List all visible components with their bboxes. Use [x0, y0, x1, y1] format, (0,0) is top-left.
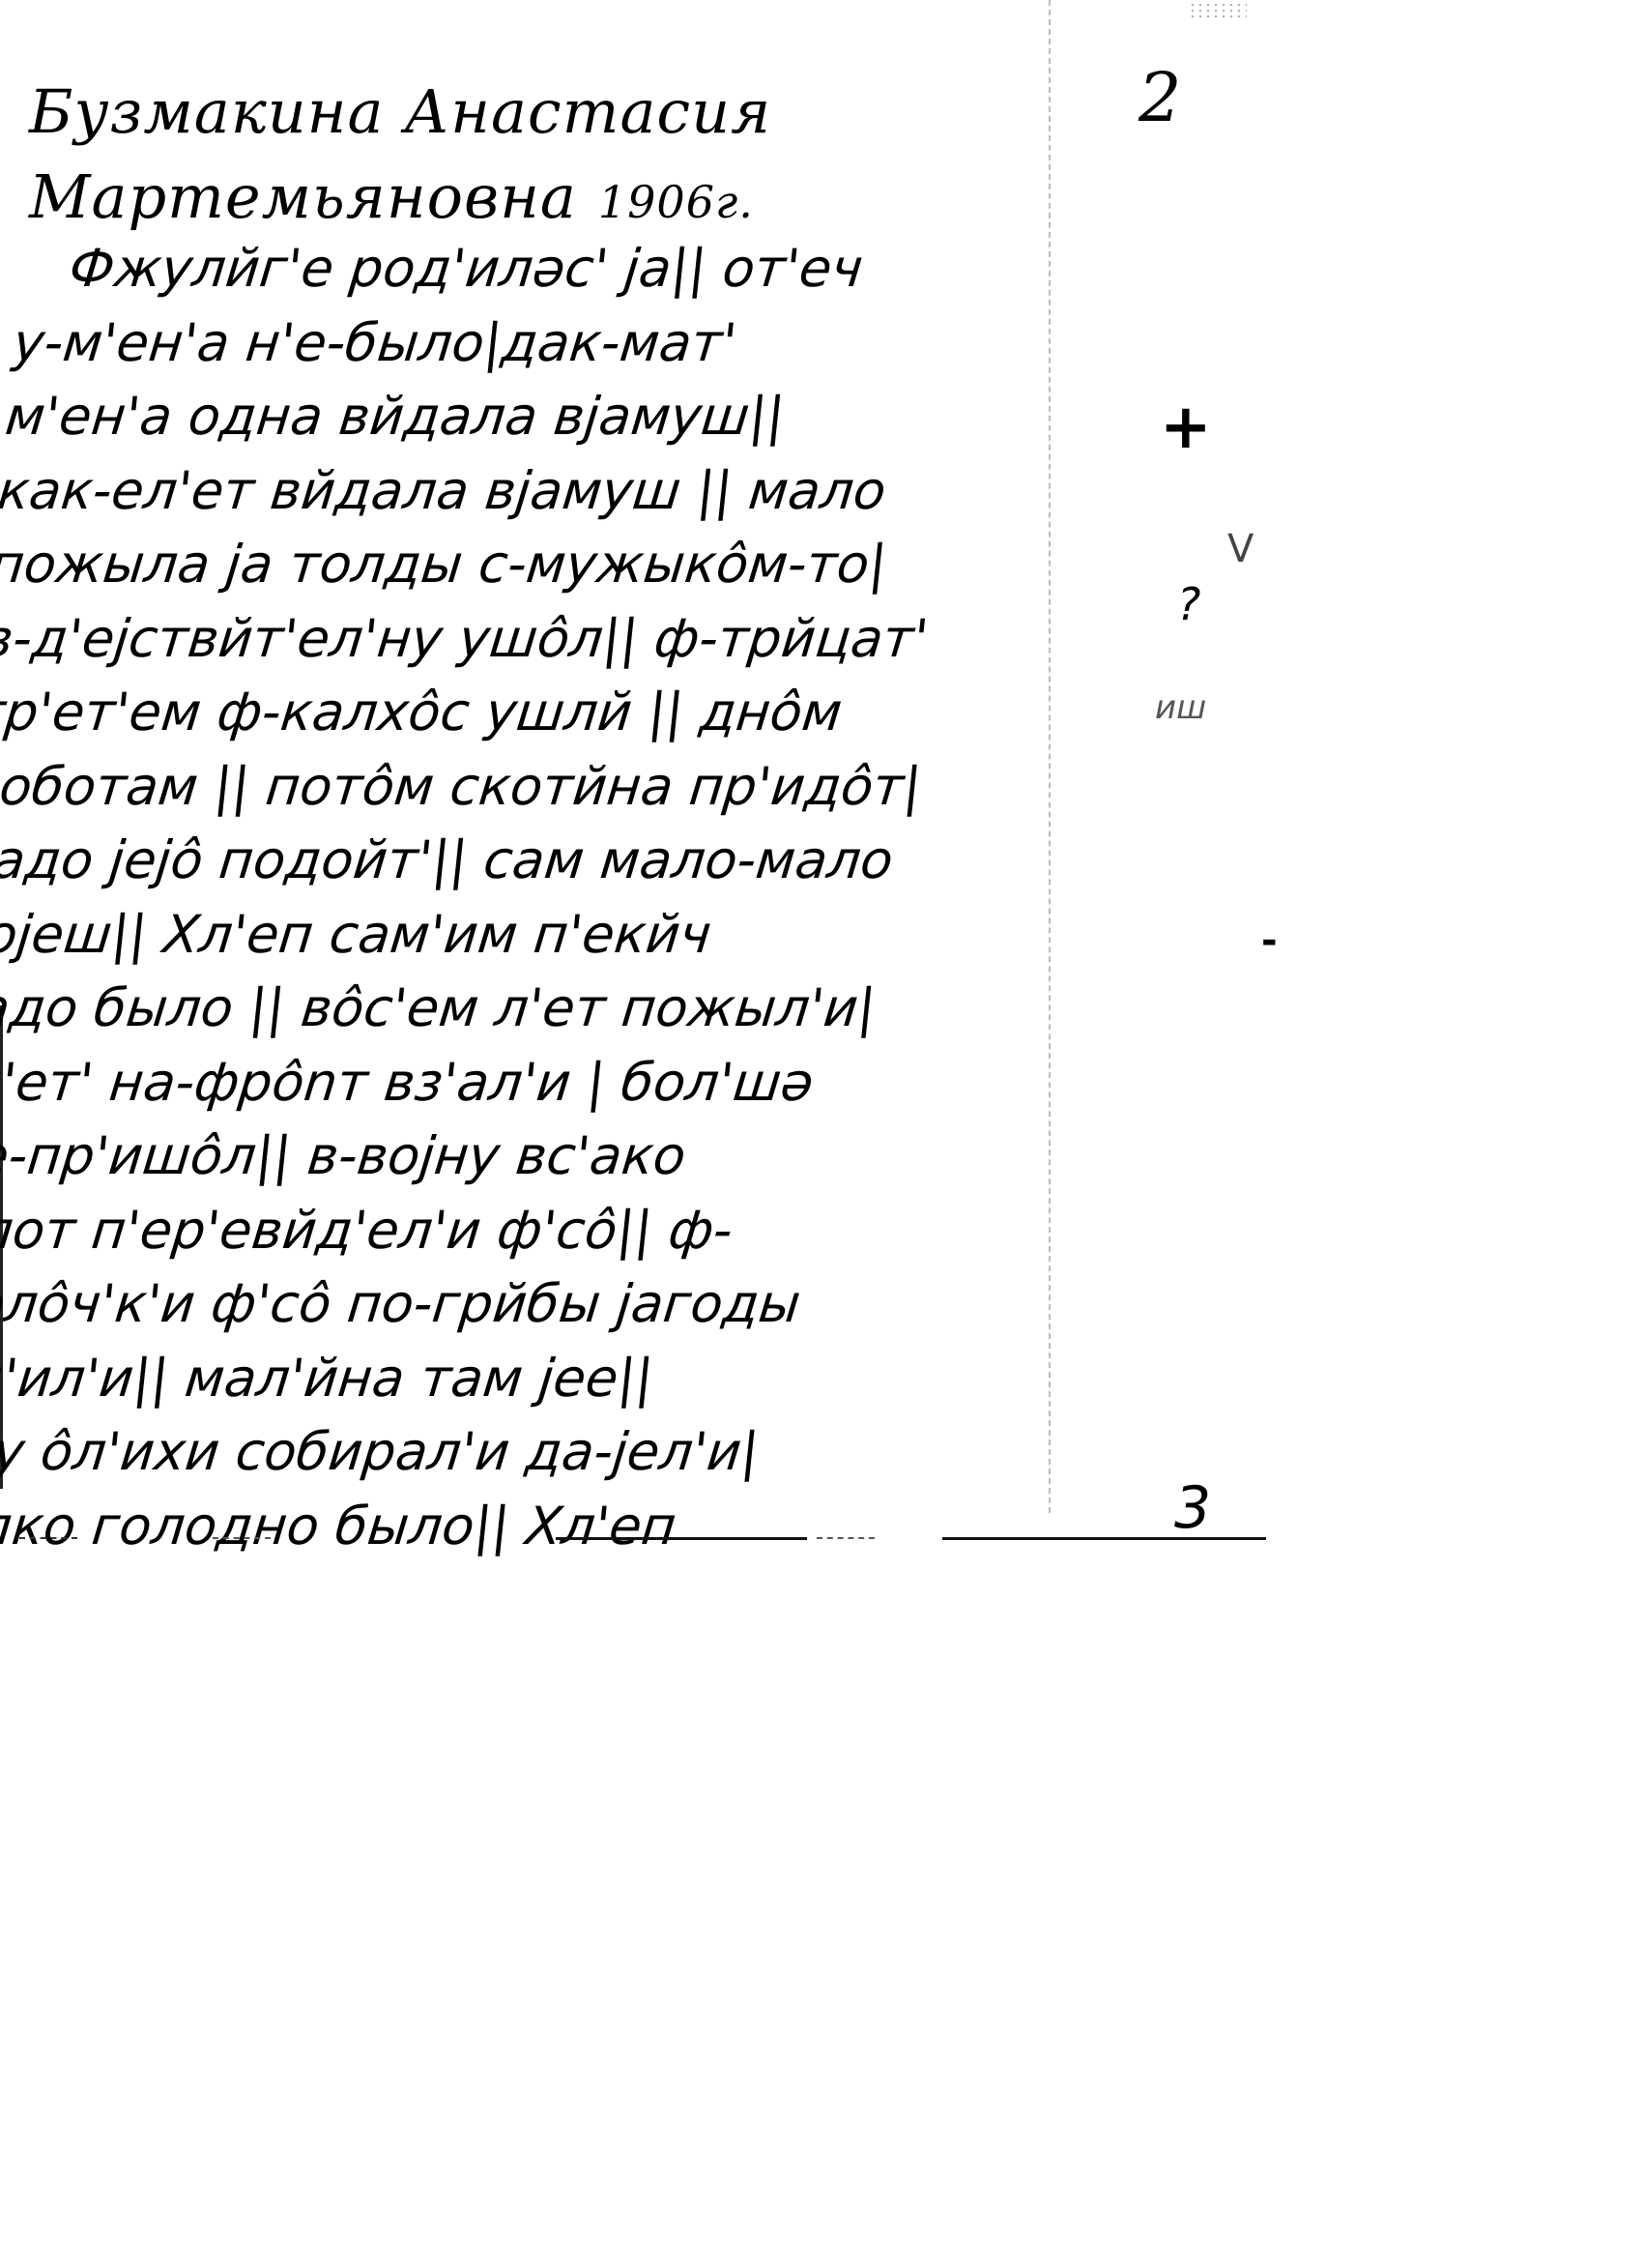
text-line: кору ôл'ихи собирал'и да-јел'и|: [0, 1415, 855, 1490]
text-line: Фжулйг'е род'иләс' ја|| от'еч: [17, 232, 979, 306]
margin-question-mark: ?: [1177, 578, 1200, 630]
informant-header: Бузмакина Анастасия Мартемьяновна1906г.: [29, 70, 771, 245]
informant-name: Бузмакина Анастасия: [29, 70, 771, 155]
text-line: м'ен'а одна вйдала вјамуш||: [2, 380, 964, 454]
margin-bottom-mark: 3: [1174, 1474, 1211, 1542]
scanned-page: 2 Бузмакина Анастасия Мартемьяновна1906г…: [0, 0, 1643, 2268]
bottom-rule-segment: [817, 1537, 875, 1539]
birth-year: 1906г.: [598, 176, 754, 228]
text-line: в-д'ејствйт'ел'ну ушôл|| ф-трйцат': [0, 602, 940, 677]
text-line: голот п'ер'евйд'ел'и ф'сô|| ф-: [0, 1194, 879, 1268]
text-line: надо јејô подойт'|| сам мало-мало: [0, 824, 917, 898]
bottom-rule-segment: [19, 1537, 77, 1539]
margin-check-mark: V: [1227, 527, 1254, 571]
text-line: шыпко голодно было|| Хл'еп: [0, 1490, 848, 1564]
scan-artifact: [1189, 2, 1247, 21]
text-line: тр'ет'ем ф-калхôс ушлй || днôм: [0, 676, 933, 750]
margin-plus-mark: +: [1160, 392, 1212, 463]
text-line: ход'ил'и|| мал'йна там јее||: [0, 1342, 863, 1416]
margin-scribble: иш: [1155, 688, 1206, 727]
text-line: оп'ет' на-фрônт вз'ал'и | бол'шә: [0, 1046, 894, 1120]
text-line: пожыла ја толды с-мужыкôм-то|: [0, 528, 948, 602]
text-line: н'е-пр'ишôл|| в-војну вс'ако: [0, 1119, 886, 1194]
text-line: сколôч'к'и ф'сô по-грйбы јагоды: [0, 1267, 871, 1342]
bottom-rule-segment: [556, 1537, 807, 1540]
page-number: 2: [1139, 58, 1182, 137]
bottom-rule-segment: [942, 1537, 1266, 1540]
margin-fold-line: [1049, 0, 1051, 1513]
informant-patronymic: Мартемьяновна: [29, 161, 577, 232]
bottom-rule-segment: [213, 1537, 271, 1539]
margin-dash-mark: -: [1261, 918, 1278, 963]
text-line: надо было || вôс'ем л'ет пожыл'и|: [0, 972, 902, 1046]
text-line: у-м'ен'а н'е-было|дак-мат': [10, 306, 971, 381]
transcription-body: Фжулйг'е род'иләс' ја|| от'еч у-м'ен'а н…: [0, 232, 979, 1563]
text-line: појеш|| Хл'еп сам'им п'екйч: [0, 898, 909, 973]
text-line: роботам || потôм скотйна пр'идôт|: [0, 750, 925, 825]
text-line: как-ел'ет вйдала вјамуш || мало: [0, 454, 956, 529]
